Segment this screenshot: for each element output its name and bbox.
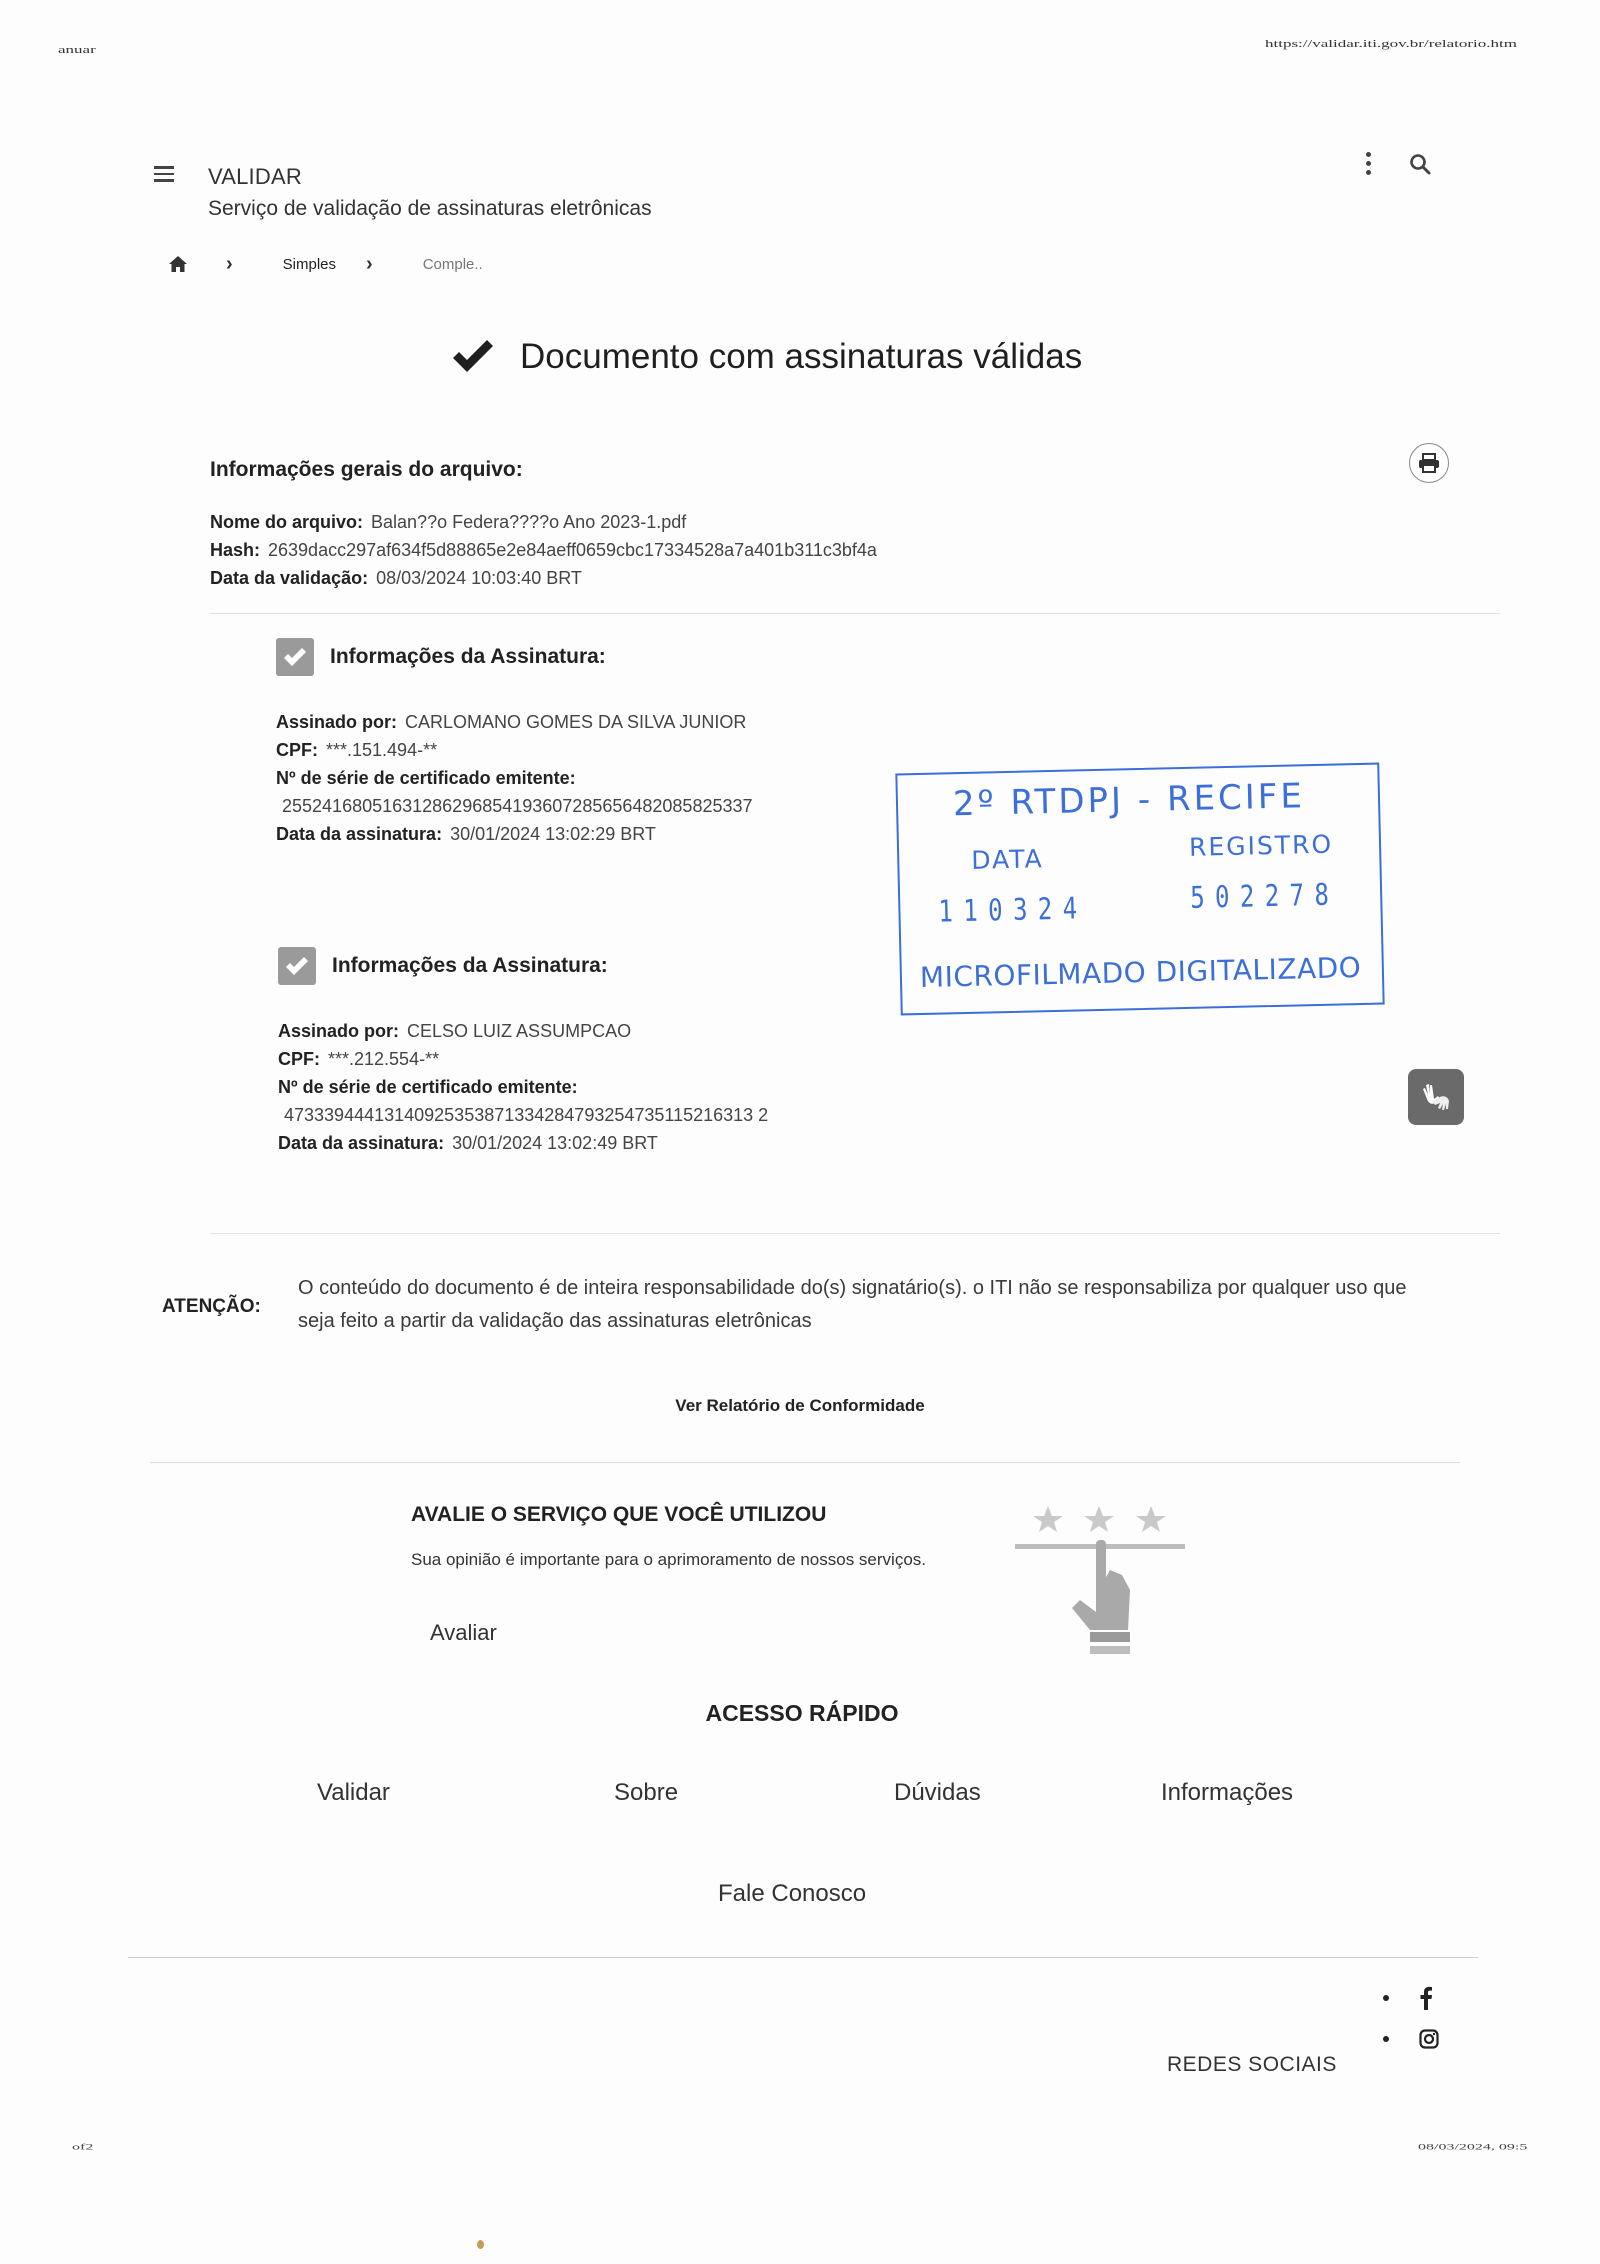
hash-row: Hash:2639dacc297af634f5d88865e2e84aeff06… [210,536,877,564]
validation-status: Documento com assinaturas válidas [450,337,1082,377]
app-title: VALIDAR [208,164,302,190]
quick-access-title: ACESSO RÁPIDO [0,1700,1600,1727]
validation-date-label: Data da validação: [210,568,368,588]
quick-link-duvidas[interactable]: Dúvidas [894,1779,981,1807]
facebook-icon [1419,1986,1433,2010]
print-footer-timestamp: 08/03/2024, 09:5 [1418,2143,1527,2152]
checkbox-checked-icon [276,638,314,676]
signature-1-header[interactable]: Informações da Assinatura: [276,638,606,676]
divider [210,1233,1500,1234]
divider [150,1462,1460,1463]
rate-button[interactable]: Avaliar [430,1620,497,1646]
signature-2-title: Informações da Assinatura: [332,954,608,978]
signature-1-details: Assinado por:CARLOMANO GOMES DA SILVA JU… [276,708,753,848]
file-name-value: Balan??o Federa????o Ano 2023-1.pdf [371,512,686,532]
serial-value: 2552416805163128629685419360728565648208… [282,792,753,820]
divider [210,613,1500,614]
signed-by-value: CELSO LUIZ ASSUMPCAO [407,1021,631,1041]
file-info-title: Informações gerais do arquivo: [210,458,523,482]
file-name-label: Nome do arquivo: [210,512,363,532]
stamp-registry-value: 502278 [1190,877,1340,915]
stamp-footer: MICROFILMADO DIGITALIZADO [920,951,1362,994]
attention-label: ATENÇÃO: [162,1296,261,1318]
conformity-report-link[interactable]: Ver Relatório de Conformidade [0,1396,1600,1416]
home-icon[interactable] [168,255,188,273]
cpf-value: ***.151.494-** [326,740,437,760]
search-icon[interactable] [1408,152,1432,176]
cpf-label: CPF: [278,1049,320,1069]
stamp-office: 2º RTDPJ - RECIFE [953,776,1306,824]
stamp-registry-label: REGISTRO [1189,830,1334,862]
hash-label: Hash: [210,540,260,560]
serial-label: Nº de série de certificado emitente: [276,768,576,788]
print-footer-page: of2 [72,2143,93,2152]
sign-language-button[interactable] [1408,1069,1464,1125]
app-subtitle: Serviço de validação de assinaturas elet… [208,197,652,221]
signature-date-label: Data da assinatura: [278,1133,444,1153]
instagram-icon [1419,2029,1439,2049]
signature-2-header[interactable]: Informações da Assinatura: [278,947,608,985]
print-header-title: anuar [58,44,96,56]
social-item-instagram[interactable] [1383,2029,1439,2049]
checkbox-checked-icon [278,947,316,985]
print-button[interactable] [1409,443,1449,483]
social-item-facebook[interactable] [1383,1986,1433,2010]
sign-language-hands-icon [1418,1079,1454,1115]
hand-pointing-stars-icon [1010,1500,1190,1670]
status-title: Documento com assinaturas válidas [520,337,1082,377]
chevron-right-icon: › [226,254,233,274]
file-info: Nome do arquivo:Balan??o Federa????o Ano… [210,508,877,592]
social-label: REDES SOCIAIS [1167,2053,1337,2077]
signed-by-label: Assinado por: [276,712,397,732]
bullet [1383,2036,1389,2042]
file-name-row: Nome do arquivo:Balan??o Federa????o Ano… [210,508,877,536]
signature-date-label: Data da assinatura: [276,824,442,844]
stamp-date-label: DATA [971,844,1044,875]
check-icon [450,337,496,377]
serial-label: Nº de série de certificado emitente: [278,1077,578,1097]
rating-subtitle: Sua opinião é importante para o aprimora… [411,1550,926,1570]
print-header-url: https://validar.iti.gov.br/relatorio.htm [1265,38,1517,50]
breadcrumb: › Simples › Comple.. [168,254,513,274]
bullet [1383,1995,1389,2001]
signature-date-value: 30/01/2024 13:02:29 BRT [450,824,656,844]
quick-link-sobre[interactable]: Sobre [614,1779,678,1807]
cpf-value: ***.212.554-** [328,1049,439,1069]
breadcrumb-item-simples[interactable]: Simples [283,256,336,273]
signature-date-value: 30/01/2024 13:02:49 BRT [452,1133,658,1153]
serial-value: 4733394441314092535387133428479325473511… [284,1101,768,1129]
quick-link-validar[interactable]: Validar [317,1779,390,1807]
chevron-right-icon: › [366,254,373,274]
signed-by-value: CARLOMANO GOMES DA SILVA JUNIOR [405,712,746,732]
validation-date-row: Data da validação:08/03/2024 10:03:40 BR… [210,564,877,592]
kebab-menu-icon[interactable] [1366,152,1372,178]
cpf-label: CPF: [276,740,318,760]
breadcrumb-item-completo: Comple.. [423,256,483,273]
signed-by-label: Assinado por: [278,1021,399,1041]
quick-link-fale-conosco[interactable]: Fale Conosco [718,1880,866,1908]
printer-icon [1418,453,1440,473]
signature-1-title: Informações da Assinatura: [330,645,606,669]
registry-stamp: 2º RTDPJ - RECIFE DATA REGISTRO 110324 5… [895,763,1384,1016]
attention-text: O conteúdo do documento é de inteira res… [298,1272,1418,1338]
rating-title: AVALIE O SERVIÇO QUE VOCÊ UTILIZOU [411,1503,826,1527]
footer-divider [128,1957,1478,1958]
scan-artifact [477,2240,484,2249]
hash-value: 2639dacc297af634f5d88865e2e84aeff0659cbc… [268,540,877,560]
stamp-date-value: 110324 [938,891,1088,929]
quick-link-informacoes[interactable]: Informações [1161,1779,1293,1807]
menu-icon[interactable] [154,166,174,182]
validation-date-value: 08/03/2024 10:03:40 BRT [376,568,582,588]
signature-2-details: Assinado por:CELSO LUIZ ASSUMPCAO CPF:**… [278,1017,768,1157]
